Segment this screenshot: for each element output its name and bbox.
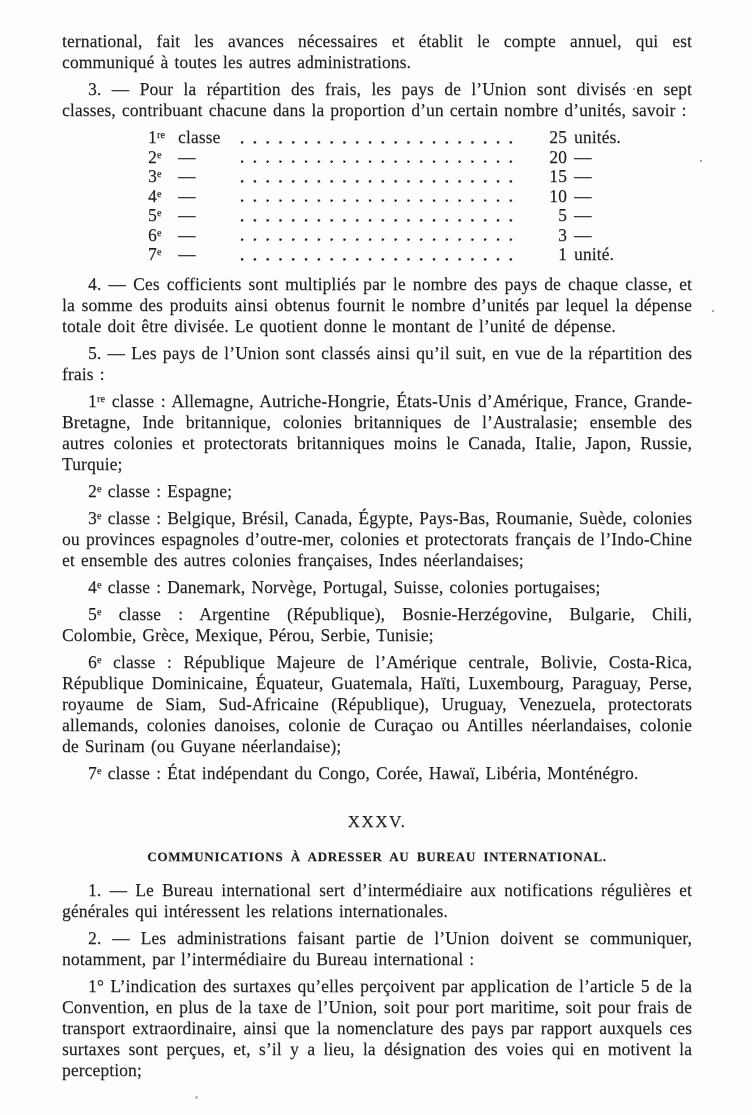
class-label: —	[178, 167, 234, 187]
class-members-text: classe : République Majeure de l’Amériqu…	[62, 652, 692, 756]
ordinal-suffix: e	[157, 150, 162, 161]
table-row: 3e — 15 —	[148, 167, 644, 187]
table-row: 2e — 20 —	[148, 148, 644, 168]
class-number: 2	[148, 147, 157, 167]
ordinal-suffix: e	[157, 228, 162, 239]
units-word: —	[567, 167, 644, 187]
class-ordinal: 5e	[148, 206, 178, 226]
class-label: —	[178, 245, 234, 265]
class-members-text: classe : Belgique, Brésil, Canada, Égypt…	[62, 508, 692, 570]
dotted-leader	[238, 128, 519, 148]
class-number: 7	[148, 244, 157, 264]
article-5-paragraph: 5. — Les pays de l’Union sont classés ai…	[62, 343, 692, 385]
section-paragraph-1: 1. — Le Bureau international sert d’inte…	[62, 880, 692, 922]
dotted-leader	[238, 206, 519, 226]
class-members-text: classe : Allemagne, Autriche-Hongrie, Ét…	[62, 391, 692, 474]
ordinal-suffix: re	[157, 130, 165, 141]
section-number: XXXV.	[62, 811, 692, 832]
class-label: —	[178, 148, 234, 168]
class-5-paragraph: 5e classe : Argentine (République), Bosn…	[62, 604, 692, 646]
units-word: —	[567, 148, 644, 168]
class-ordinal: 6e	[148, 226, 178, 246]
class-number: 3	[88, 508, 97, 528]
class-ordinal: 2e	[148, 148, 178, 168]
section-item-1-paragraph: 1° L’indication des surtaxes qu’elles pe…	[62, 976, 692, 1081]
units-value: 3	[529, 226, 567, 246]
class-3-paragraph: 3e classe : Belgique, Brésil, Canada, Ég…	[62, 508, 692, 571]
units-value: 15	[529, 167, 567, 187]
class-2-paragraph: 2e classe : Espagne;	[62, 481, 692, 502]
section-heading: XXXV. COMMUNICATIONS À ADRESSER AU BUREA…	[62, 811, 692, 867]
class-ordinal: 7e	[148, 245, 178, 265]
class-number: 7	[88, 763, 97, 783]
class-label: classe	[178, 128, 234, 148]
class-label: —	[178, 226, 234, 246]
ordinal-suffix: e	[157, 208, 162, 219]
class-label: —	[178, 187, 234, 207]
class-ordinal: 1re	[148, 128, 178, 148]
table-row: 5e — 5 —	[148, 206, 644, 226]
units-value: 1	[529, 245, 567, 265]
class-6-paragraph: 6e classe : République Majeure de l’Amér…	[62, 652, 692, 757]
class-number: 6	[88, 652, 97, 672]
dotted-leader	[238, 148, 519, 168]
class-number: 5	[148, 205, 157, 225]
class-ordinal: 4e	[148, 187, 178, 207]
class-number: 4	[148, 186, 157, 206]
class-number: 1	[88, 391, 97, 411]
class-number: 6	[148, 225, 157, 245]
class-members-text: classe : État indépendant du Congo, Coré…	[102, 763, 639, 783]
units-value: 25	[529, 128, 567, 148]
class-number: 2	[88, 481, 97, 501]
scanned-book-page: { "doc": { "intro": "ternational, fait l…	[0, 0, 752, 1115]
table-row: 4e — 10 —	[148, 187, 644, 207]
units-word: —	[567, 187, 644, 207]
units-value: 5	[529, 206, 567, 226]
table-row: 1re classe 25 unités.	[148, 128, 644, 148]
class-members-text: classe : Danemark, Norvège, Portugal, Su…	[102, 577, 601, 597]
class-number: 4	[88, 577, 97, 597]
class-ordinal: 3e	[148, 167, 178, 187]
table-row: 7e — 1 unité.	[148, 245, 644, 265]
scan-speck	[700, 160, 702, 162]
ordinal-suffix: e	[157, 247, 162, 258]
dotted-leader	[238, 226, 519, 246]
class-members-text: classe : Espagne;	[102, 481, 233, 501]
units-table: 1re classe 25 unités. 2e — 20 — 3e — 15 …	[148, 128, 644, 265]
units-value: 20	[529, 148, 567, 168]
dotted-leader	[238, 187, 519, 207]
page-text-block: ternational, fait les avances nécessaire…	[0, 0, 752, 1081]
class-7-paragraph: 7e classe : État indépendant du Congo, C…	[62, 763, 692, 784]
class-4-paragraph: 4e classe : Danemark, Norvège, Portugal,…	[62, 577, 692, 598]
article-3-paragraph: 3. — Pour la répartition des frais, les …	[62, 79, 692, 121]
section-title: COMMUNICATIONS À ADRESSER AU BUREAU INTE…	[62, 846, 692, 867]
paragraph-continuation: ternational, fait les avances nécessaire…	[62, 31, 692, 73]
units-word: —	[567, 206, 644, 226]
dotted-leader	[238, 167, 519, 187]
article-4-paragraph: 4. — Ces cofficients sont multipliés par…	[62, 274, 692, 337]
units-word: —	[567, 226, 644, 246]
units-word: unités.	[567, 128, 644, 148]
units-value: 10	[529, 187, 567, 207]
scan-speck	[633, 88, 635, 90]
scan-speck	[195, 1096, 198, 1099]
class-number: 3	[148, 166, 157, 186]
scan-speck	[712, 310, 714, 312]
ordinal-suffix: e	[157, 169, 162, 180]
ordinal-suffix: e	[157, 189, 162, 200]
class-members-text: classe : Argentine (République), Bosnie-…	[62, 604, 692, 645]
class-number: 5	[88, 604, 97, 624]
dotted-leader	[238, 245, 519, 265]
class-1-paragraph: 1re classe : Allemagne, Autriche-Hongrie…	[62, 391, 692, 475]
class-number: 1	[148, 127, 157, 147]
units-word: unité.	[567, 245, 644, 265]
table-row: 6e — 3 —	[148, 226, 644, 246]
ordinal-suffix: re	[97, 394, 105, 405]
section-paragraph-2: 2. — Les administrations faisant partie …	[62, 928, 692, 970]
class-label: —	[178, 206, 234, 226]
